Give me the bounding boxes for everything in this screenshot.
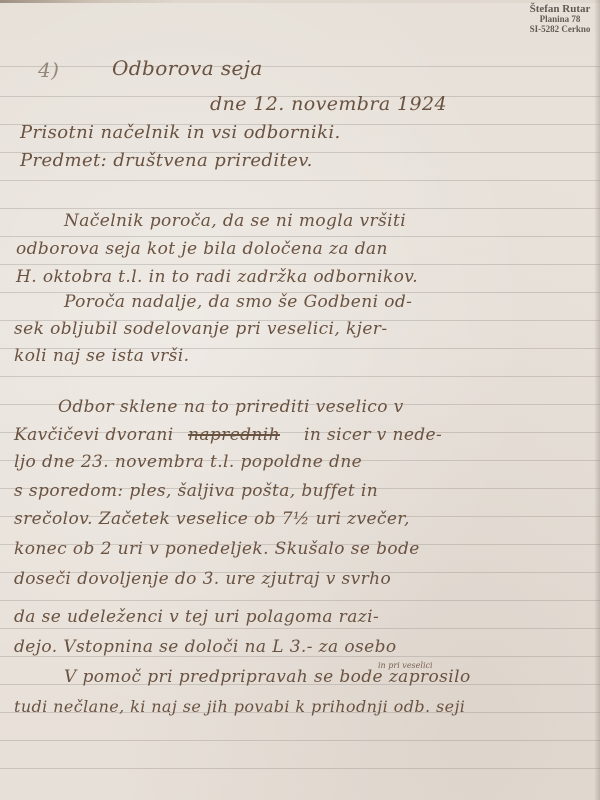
body-line: koli naj se ista vrši. <box>14 346 189 366</box>
body-line: sek obljubil sodelovanje pri veselici, k… <box>14 319 387 339</box>
body-line: srečolov. Začetek veselice ob 7½ uri zve… <box>14 509 410 529</box>
scanned-handwritten-page: Štefan Rutar Planina 78 SI-5282 Cerkno 4… <box>0 0 600 800</box>
body-line: Poroča nadalje, da smo še Godbeni od- <box>64 292 412 312</box>
body-line: odborova seja kot je bila določena za da… <box>16 239 388 259</box>
body-line: s sporedom: ples, šaljiva pošta, buffet … <box>14 481 378 501</box>
body-line: dejo. Vstopnina se določi na L 3.- za os… <box>14 637 397 657</box>
body-line: V pomoč pri predpripravah se bode zapros… <box>64 667 471 687</box>
subject-line: Predmet: društvena prireditev. <box>20 150 313 171</box>
document-title: Odborova seja <box>112 56 263 80</box>
owner-stamp: Štefan Rutar Planina 78 SI-5282 Cerkno <box>520 4 600 34</box>
ruled-line <box>0 66 600 67</box>
body-line: tudi nečlane, ki naj se jih povabi k pri… <box>14 697 465 716</box>
ruled-line <box>0 768 600 769</box>
stamp-address-line2: SI-5282 Cerkno <box>520 24 600 34</box>
struck-word: naprednih <box>188 425 280 445</box>
ruled-line <box>0 180 600 181</box>
ruled-line <box>0 628 600 629</box>
stamp-name: Štefan Rutar <box>520 4 600 14</box>
meeting-date: dne 12. novembra 1924 <box>210 93 447 115</box>
ruled-line <box>0 740 600 741</box>
ruled-line <box>0 600 600 601</box>
body-line: ljo dne 23. novembra t.l. popoldne dne <box>14 452 362 472</box>
page-top-edge <box>0 0 600 3</box>
body-line: Odbor sklene na to prirediti veselico v <box>58 397 404 417</box>
body-line: Kavčičevi dvorani <box>14 425 174 445</box>
body-line: da se udeleženci v tej uri polagoma razi… <box>14 607 379 627</box>
body-line: Načelnik poroča, da se ni mogla vršiti <box>64 211 406 231</box>
ruled-line <box>0 376 600 377</box>
ruled-line <box>0 236 600 237</box>
body-line: doseči dovoljenje do 3. ure zjutraj v sv… <box>14 569 391 589</box>
ruled-line <box>0 208 600 209</box>
stamp-address-line1: Planina 78 <box>520 14 600 24</box>
page-right-edge <box>594 0 600 800</box>
item-number: 4) <box>38 58 59 82</box>
body-line: H. oktobra t.l. in to radi zadržka odbor… <box>16 267 418 287</box>
ruled-line <box>0 264 600 265</box>
body-line: konec ob 2 uri v ponedeljek. Skušalo se … <box>14 539 420 559</box>
attendance-line: Prisotni načelnik in vsi odborniki. <box>20 122 341 143</box>
body-line: in sicer v nede- <box>304 425 442 445</box>
